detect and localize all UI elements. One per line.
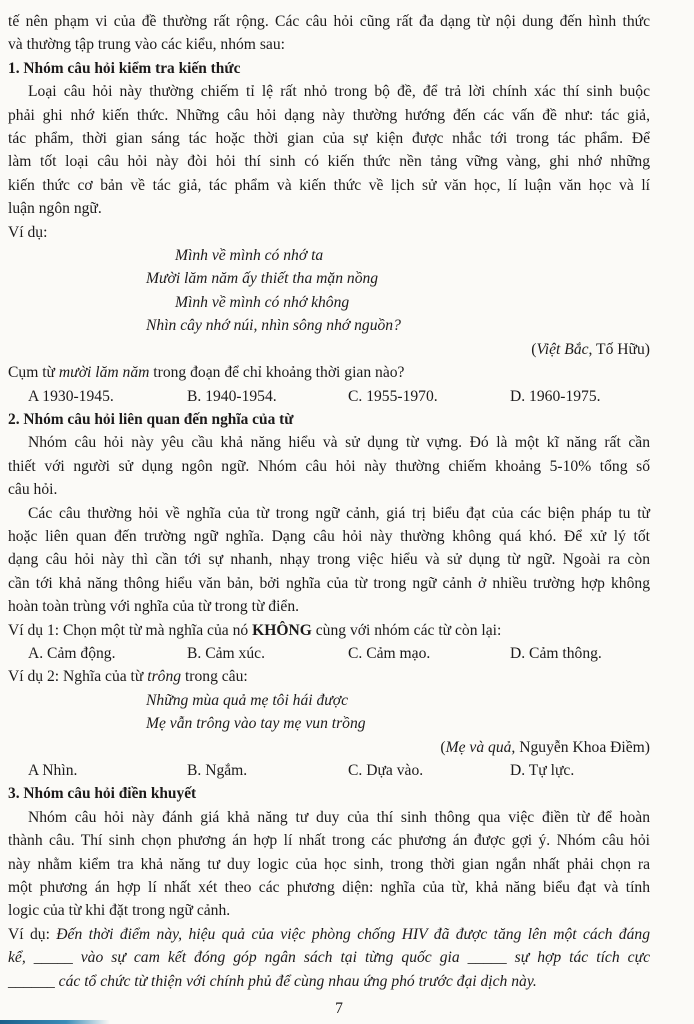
paragraph-line: này nhằm kiểm tra khả năng tư duy logic … <box>8 853 650 876</box>
citation: (Mẹ và quả, Nguyễn Khoa Điềm) <box>8 736 650 759</box>
paragraph-line: một phương án hợp lí nhất xét theo các p… <box>8 876 650 899</box>
paragraph-line: dạng câu hỏi này thì cần tới sự nhanh, n… <box>8 548 650 571</box>
citation-author: , Tố Hữu) <box>589 341 650 358</box>
paragraph-line: kiến thức cơ bản về tác giả, tác phẩm và… <box>8 174 650 197</box>
decorative-bar <box>0 1020 110 1024</box>
answer-options: A. Cảm động. B. Cảm xúc. C. Cảm mạo. D. … <box>8 642 650 665</box>
answer-options: A Nhìn. B. Ngắm. C. Dựa vào. D. Tự lực. <box>8 759 650 782</box>
example-text: Ví dụ 2: Nghĩa của từ <box>8 668 147 685</box>
paragraph-line: cần tới khả năng thông hiểu văn bản, bởi… <box>8 572 650 595</box>
example-2: Ví dụ 2: Nghĩa của từ trông trong câu: <box>8 665 650 688</box>
paragraph-line: hoặc liên quan đến trường ngữ nghĩa. Dạn… <box>8 525 650 548</box>
example-label: Ví dụ: <box>8 926 56 943</box>
paragraph-line: phải ghi nhớ kiến thức. Những câu hỏi dạ… <box>8 104 650 127</box>
option-b: B. Ngắm. <box>187 759 348 782</box>
option-c: C. 1955-1970. <box>348 385 510 408</box>
example-line: kể, _____ vào sự cam kết đóng góp ngân s… <box>8 946 650 969</box>
option-a: A. Cảm động. <box>28 642 187 665</box>
example-text: trong câu: <box>181 668 248 685</box>
section-heading: 3. Nhóm câu hỏi điền khuyết <box>8 782 650 805</box>
paragraph-line: Các câu thường hỏi về nghĩa của từ trong… <box>8 502 650 525</box>
citation: (Việt Bắc, Tố Hữu) <box>8 338 650 361</box>
section-heading: 2. Nhóm câu hỏi liên quan đến nghĩa của … <box>8 408 650 431</box>
question: Cụm từ mười lăm năm trong đoạn để chỉ kh… <box>8 361 650 384</box>
example-text: cùng với nhóm các từ còn lại: <box>312 622 501 639</box>
option-b: B. Cảm xúc. <box>187 642 348 665</box>
paragraph-line: Nhóm câu hỏi này yêu cầu khả năng hiểu v… <box>8 431 650 454</box>
example-label: Ví dụ: <box>8 221 650 244</box>
example-bold: KHÔNG <box>252 622 312 639</box>
option-a: A Nhìn. <box>28 759 187 782</box>
citation-author: Nguyễn Khoa Điềm) <box>515 739 650 756</box>
paragraph-line: làm tốt loại câu hỏi này đòi hỏi thí sin… <box>8 150 650 173</box>
intro-line: và thường tập trung vào các kiểu, nhóm s… <box>8 33 650 56</box>
example-line: ______ các tổ chức từ thiện với chính ph… <box>8 970 650 993</box>
citation-title: Việt Bắc <box>536 341 588 358</box>
option-d: D. Tự lực. <box>510 759 574 782</box>
poem-line: Mình về mình có nhớ không <box>8 291 650 314</box>
paragraph-line: luận ngôn ngữ. <box>8 197 650 220</box>
example-italic: Đến thời điểm này, hiệu quả của việc phò… <box>56 926 650 943</box>
paragraph-line: Nhóm câu hỏi này đánh giá khả năng tư du… <box>8 806 650 829</box>
question-text: trong đoạn để chỉ khoảng thời gian nào? <box>149 364 404 381</box>
poem-line: Nhìn cây nhớ núi, nhìn sông nhớ nguồn? <box>8 314 650 337</box>
example-text: Ví dụ 1: Chọn một từ mà nghĩa của nó <box>8 622 252 639</box>
example-italic: trông <box>147 668 181 685</box>
poem-line: Những mùa quả mẹ tôi hái được <box>8 689 650 712</box>
intro-line: tế nên phạm vi của đề thường rất rộng. C… <box>8 10 650 33</box>
question-text: Cụm từ <box>8 364 59 381</box>
paragraph-line: thiết với người sử dụng ngôn ngữ. Nhóm c… <box>8 455 650 478</box>
question-italic: mười lăm năm <box>59 364 149 381</box>
book-page: tế nên phạm vi của đề thường rất rộng. C… <box>8 0 650 1020</box>
example-line: Ví dụ: Đến thời điểm này, hiệu quả của v… <box>8 923 650 946</box>
option-b: B. 1940-1954. <box>187 385 348 408</box>
paragraph-line: thành câu. Thí sinh chọn phương án hợp l… <box>8 829 650 852</box>
paragraph-line: tác phẩm, thời gian sáng tác hoặc thời g… <box>8 127 650 150</box>
example-1: Ví dụ 1: Chọn một từ mà nghĩa của nó KHÔ… <box>8 619 650 642</box>
answer-options: A 1930-1945. B. 1940-1954. C. 1955-1970.… <box>8 385 650 408</box>
poem-line: Mẹ vẫn trông vào tay mẹ vun trồng <box>8 712 650 735</box>
citation-title: Mẹ và quả, <box>446 739 516 756</box>
paragraph-line: hoàn toàn trùng với nghĩa của từ trong t… <box>8 595 650 618</box>
option-c: C. Cảm mạo. <box>348 642 510 665</box>
option-a: A 1930-1945. <box>28 385 187 408</box>
option-c: C. Dựa vào. <box>348 759 510 782</box>
poem-line: Mười lăm năm ấy thiết tha mặn nồng <box>8 267 650 290</box>
section-heading: 1. Nhóm câu hỏi kiểm tra kiến thức <box>8 57 650 80</box>
option-d: D. 1960-1975. <box>510 385 601 408</box>
page-number: 7 <box>8 997 650 1020</box>
paragraph-line: Loại câu hỏi này thường chiếm tỉ lệ rất … <box>8 80 650 103</box>
poem-line: Mình về mình có nhớ ta <box>8 244 650 267</box>
option-d: D. Cảm thông. <box>510 642 602 665</box>
paragraph-line: logic của từ khi đặt trong ngữ cảnh. <box>8 899 650 922</box>
paragraph-line: câu hỏi. <box>8 478 650 501</box>
